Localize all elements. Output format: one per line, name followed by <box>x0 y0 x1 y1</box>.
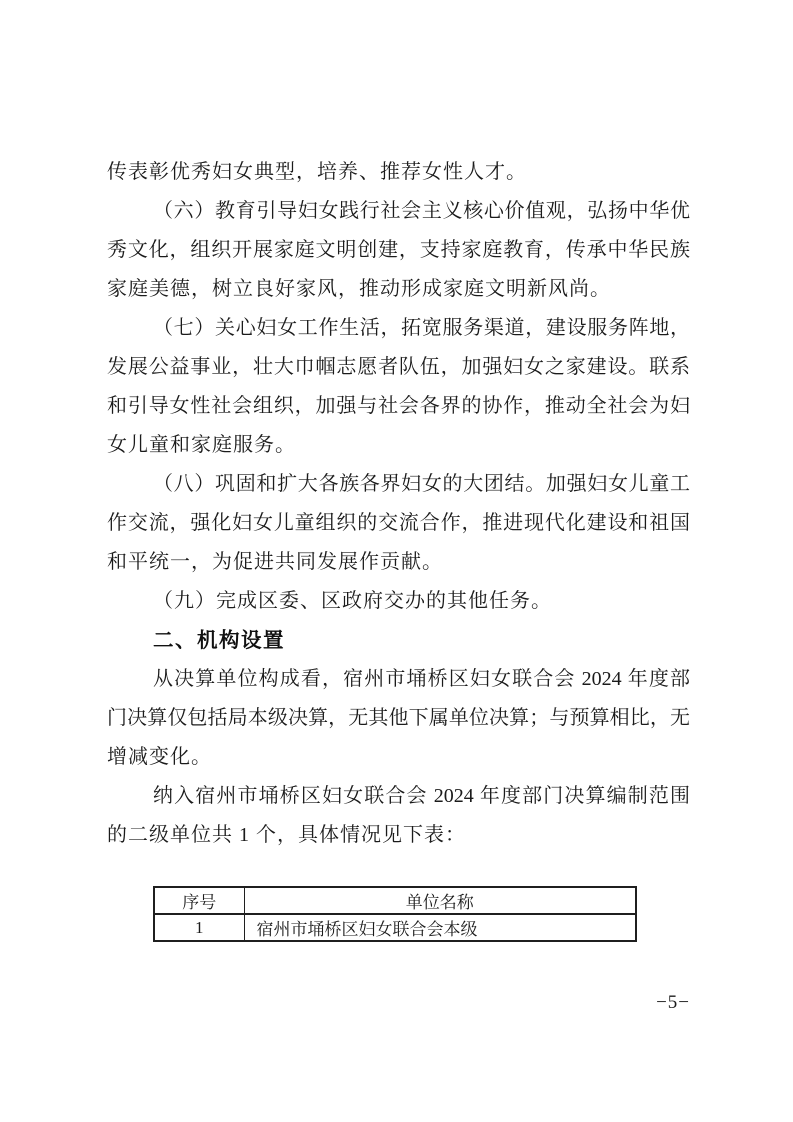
text-line: 女儿童和家庭服务。 <box>107 426 690 465</box>
unit-table: 序号 单位名称 1 宿州市埇桥区妇女联合会本级 <box>153 886 637 942</box>
text-line: 作交流，强化妇女儿童组织的交流合作，推进现代化建设和祖国 <box>107 504 690 543</box>
text-line: 传表彰优秀妇女典型，培养、推荐女性人才。 <box>107 153 690 192</box>
text-line: 和平统一，为促进共同发展作贡献。 <box>107 543 690 582</box>
unit-table-header-index: 序号 <box>154 887 244 914</box>
text-line-item-6: （六）教育引导妇女践行社会主义核心价值观，弘扬中华优 <box>107 192 690 231</box>
text-line: 秀文化，组织开展家庭文明创建，支持家庭教育，传承中华民族 <box>107 231 690 270</box>
unit-table-header-unit-name: 单位名称 <box>244 887 636 914</box>
unit-table-header-row: 序号 单位名称 <box>154 887 636 914</box>
unit-name-cell: 宿州市埇桥区妇女联合会本级 <box>244 914 636 941</box>
unit-index-cell: 1 <box>154 914 244 941</box>
unit-table-row: 1 宿州市埇桥区妇女联合会本级 <box>154 914 636 941</box>
text-line: 的二级单位共 1 个，具体情况见下表： <box>107 816 690 855</box>
section-heading: 二、机构设置 <box>107 621 690 660</box>
text-line: 门决算仅包括局本级决算，无其他下属单位决算；与预算相比，无 <box>107 699 690 738</box>
text-line: 发展公益事业，壮大巾帼志愿者队伍，加强妇女之家建设。联系 <box>107 348 690 387</box>
page-number: −5− <box>656 992 690 1014</box>
document-page: 传表彰优秀妇女典型，培养、推荐女性人才。 （六）教育引导妇女践行社会主义核心价值… <box>0 0 793 1122</box>
text-line: 从决算单位构成看，宿州市埇桥区妇女联合会 2024 年度部 <box>107 660 690 699</box>
document-body: 传表彰优秀妇女典型，培养、推荐女性人才。 （六）教育引导妇女践行社会主义核心价值… <box>107 153 690 942</box>
text-line-item-9: （九）完成区委、区政府交办的其他任务。 <box>107 582 690 621</box>
text-line-item-7: （七）关心妇女工作生活，拓宽服务渠道，建设服务阵地， <box>107 309 690 348</box>
text-line-item-8: （八）巩固和扩大各族各界妇女的大团结。加强妇女儿童工 <box>107 465 690 504</box>
text-line: 和引导女性社会组织，加强与社会各界的协作，推动全社会为妇 <box>107 387 690 426</box>
text-line: 家庭美德，树立良好家风，推动形成家庭文明新风尚。 <box>107 270 690 309</box>
text-line: 纳入宿州市埇桥区妇女联合会 2024 年度部门决算编制范围 <box>107 777 690 816</box>
text-line: 增减变化。 <box>107 738 690 777</box>
